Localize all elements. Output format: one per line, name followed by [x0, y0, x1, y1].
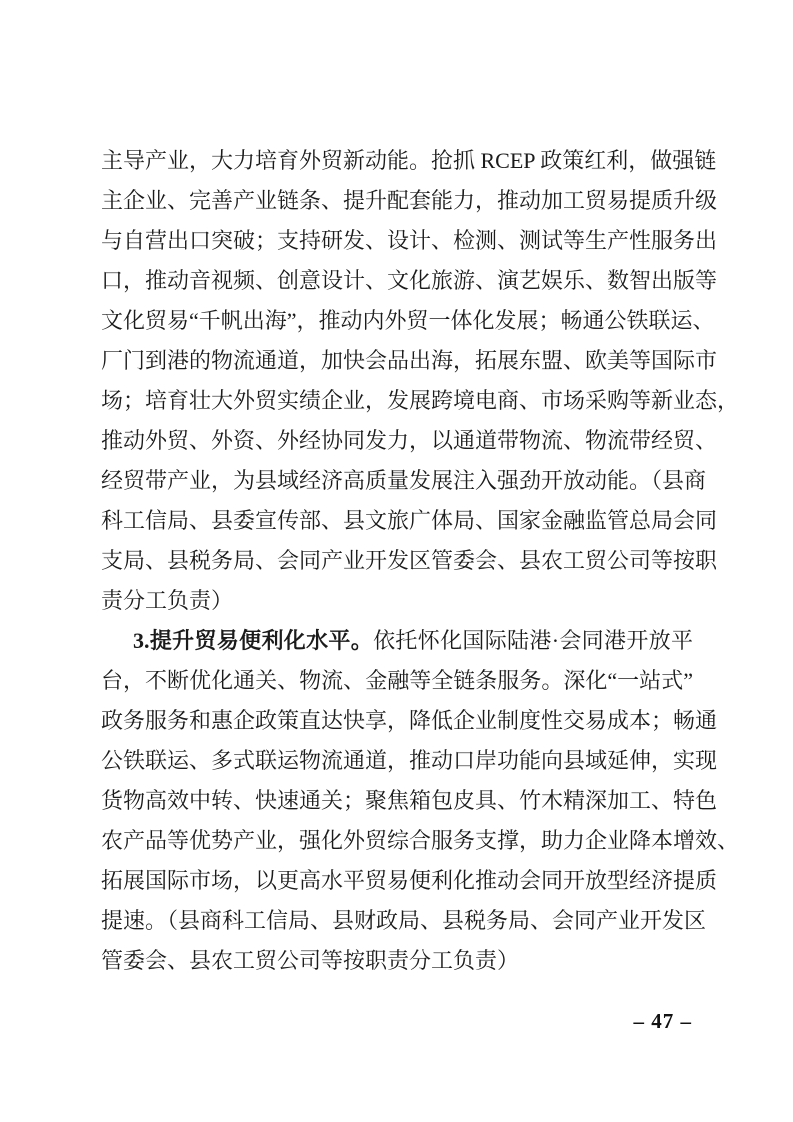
- document-page: 主导产业，大力培育外贸新动能。抢抓 RCEP 政策红利，做强链 主企业、完善产业…: [0, 0, 793, 1122]
- text-line: 提速。（县商科工信局、县财政局、县税务局、会同产业开发区: [101, 901, 693, 941]
- text-line: 科工信局、县委宣传部、县文旅广体局、国家金融监管总局会同: [101, 501, 693, 541]
- text-line: 主导产业，大力培育外贸新动能。抢抓 RCEP 政策红利，做强链: [101, 141, 693, 181]
- text-line: 农产品等优势产业，强化外贸综合服务支撑，助力企业降本增效、: [101, 821, 693, 861]
- text-line: 经贸带产业，为县域经济高质量发展注入强劲开放动能。（县商: [101, 461, 693, 501]
- text-line: 支局、县税务局、会同产业开发区管委会、县农工贸公司等按职: [101, 541, 693, 581]
- section-first-line-text: 依托怀化国际陆港·会同港开放平: [373, 628, 693, 653]
- text-line: 货物高效中转、快速通关；聚焦箱包皮具、竹木精深加工、特色: [101, 781, 693, 821]
- text-line: 拓展国际市场，以更高水平贸易便利化推动会同开放型经济提质: [101, 861, 693, 901]
- text-line: 口，推动音视频、创意设计、文化旅游、演艺娱乐、数智出版等: [101, 261, 693, 301]
- text-line: 场；培育壮大外贸实绩企业，发展跨境电商、市场采购等新业态，: [101, 381, 693, 421]
- text-line: 管委会、县农工贸公司等按职责分工负责）: [101, 941, 693, 981]
- text-line: 主企业、完善产业链条、提升配套能力，推动加工贸易提质升级: [101, 181, 693, 221]
- section-first-line: 3.提升贸易便利化水平。依托怀化国际陆港·会同港开放平: [101, 621, 693, 661]
- text-line: 推动外贸、外资、外经协同发力，以通道带物流、物流带经贸、: [101, 421, 693, 461]
- section-heading-bold: 3.提升贸易便利化水平。: [133, 628, 373, 653]
- text-line: 公铁联运、多式联运物流通道，推动口岸功能向县域延伸，实现: [101, 741, 693, 781]
- page-number: – 47 –: [634, 1009, 693, 1034]
- text-line: 文化贸易“千帆出海”，推动内外贸一体化发展；畅通公铁联运、: [101, 301, 693, 341]
- document-body: 主导产业，大力培育外贸新动能。抢抓 RCEP 政策红利，做强链 主企业、完善产业…: [101, 141, 693, 981]
- text-line: 台，不断优化通关、物流、金融等全链条服务。深化“一站式”: [101, 661, 693, 701]
- text-line: 厂门到港的物流通道，加快会品出海，拓展东盟、欧美等国际市: [101, 341, 693, 381]
- text-line: 政务服务和惠企政策直达快享，降低企业制度性交易成本；畅通: [101, 701, 693, 741]
- text-line: 责分工负责）: [101, 581, 693, 621]
- text-line: 与自营出口突破；支持研发、设计、检测、测试等生产性服务出: [101, 221, 693, 261]
